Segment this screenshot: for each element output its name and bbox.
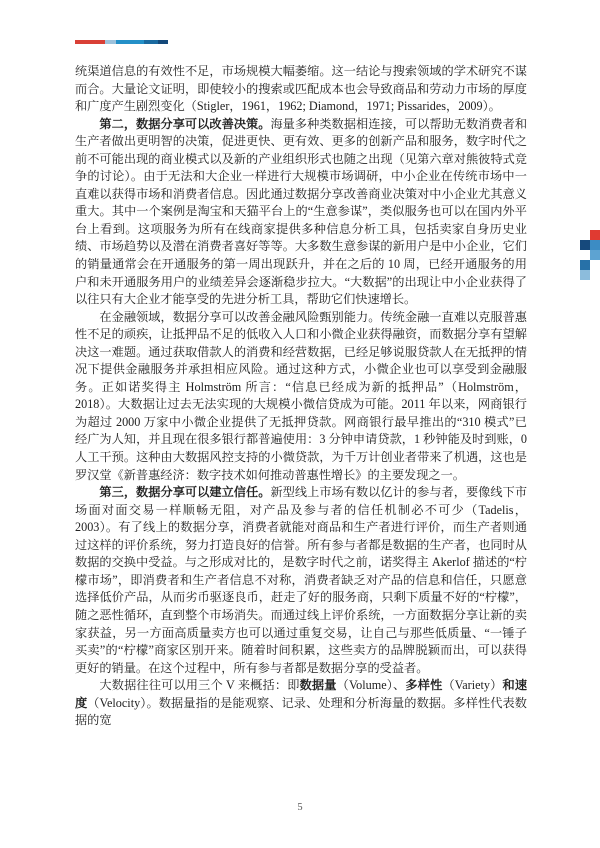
text-run: （Variety） bbox=[442, 678, 502, 692]
text-run: （Velocity）。数据量指的是能观察、记录、处理和分析海量的数据。多样性代表… bbox=[75, 696, 527, 728]
text-run: 海量多种类数据相连接，可以帮助无数消费者和生产者做出更明智的决策，促进更快、更有… bbox=[75, 117, 527, 306]
text-run: 新型线上市场有数以亿计的参与者，要像线下市场面对面交易一样顺畅无阻，对产品及参与… bbox=[75, 485, 527, 674]
paragraph: 在金融领域，数据分享可以改善金融风险甄别能力。传统金融一直难以克服普惠性不足的顽… bbox=[75, 309, 527, 484]
brand-bar-decoration bbox=[75, 40, 168, 44]
paragraph: 第三，数据分享可以建立信任。新型线上市场有数以亿计的参与者，要像线下市场面对面交… bbox=[75, 484, 527, 677]
paragraph: 大数据往往可以用三个 V 来概括：即数据量（Volume）、多样性（Variet… bbox=[75, 677, 527, 730]
pixel-square bbox=[590, 230, 600, 240]
book-page: 统渠道信息的有效性不足，市场规模大幅萎缩。这一结论与搜索领域的学术研究不谋而合。… bbox=[0, 0, 600, 848]
text-run: 统渠道信息的有效性不足，市场规模大幅萎缩。这一结论与搜索领域的学术研究不谋而合。… bbox=[75, 64, 527, 113]
pixel-square bbox=[590, 240, 600, 250]
bold-text-run: 多样性 bbox=[405, 678, 442, 692]
text-run: 在金融领域，数据分享可以改善金融风险甄别能力。传统金融一直难以克服普惠性不足的顽… bbox=[75, 310, 527, 482]
text-run: （Volume）、 bbox=[337, 678, 406, 692]
bold-text-run: 数据量 bbox=[300, 678, 337, 692]
pixel-square bbox=[580, 270, 590, 280]
brand-bar-segment bbox=[75, 40, 105, 44]
brand-bar-segment bbox=[144, 40, 158, 44]
pixel-square bbox=[580, 240, 590, 250]
page-number: 5 bbox=[0, 802, 600, 813]
pixel-square bbox=[580, 260, 590, 270]
bold-text-run: 第二，数据分享可以改善决策。 bbox=[99, 117, 270, 131]
paragraph: 统渠道信息的有效性不足，市场规模大幅萎缩。这一结论与搜索领域的学术研究不谋而合。… bbox=[75, 63, 527, 116]
text-run: 大数据往往可以用三个 V 来概括：即 bbox=[99, 678, 299, 692]
brand-bar-segment bbox=[116, 40, 144, 44]
pixel-square bbox=[590, 250, 600, 260]
paragraph: 第二，数据分享可以改善决策。海量多种类数据相连接，可以帮助无数消费者和生产者做出… bbox=[75, 116, 527, 309]
bold-text-run: 第三，数据分享可以建立信任。 bbox=[99, 485, 270, 499]
brand-bar-segment bbox=[105, 40, 116, 44]
page-body-text: 统渠道信息的有效性不足，市场规模大幅萎缩。这一结论与搜索领域的学术研究不谋而合。… bbox=[75, 63, 527, 730]
brand-bar-segment bbox=[158, 40, 168, 44]
